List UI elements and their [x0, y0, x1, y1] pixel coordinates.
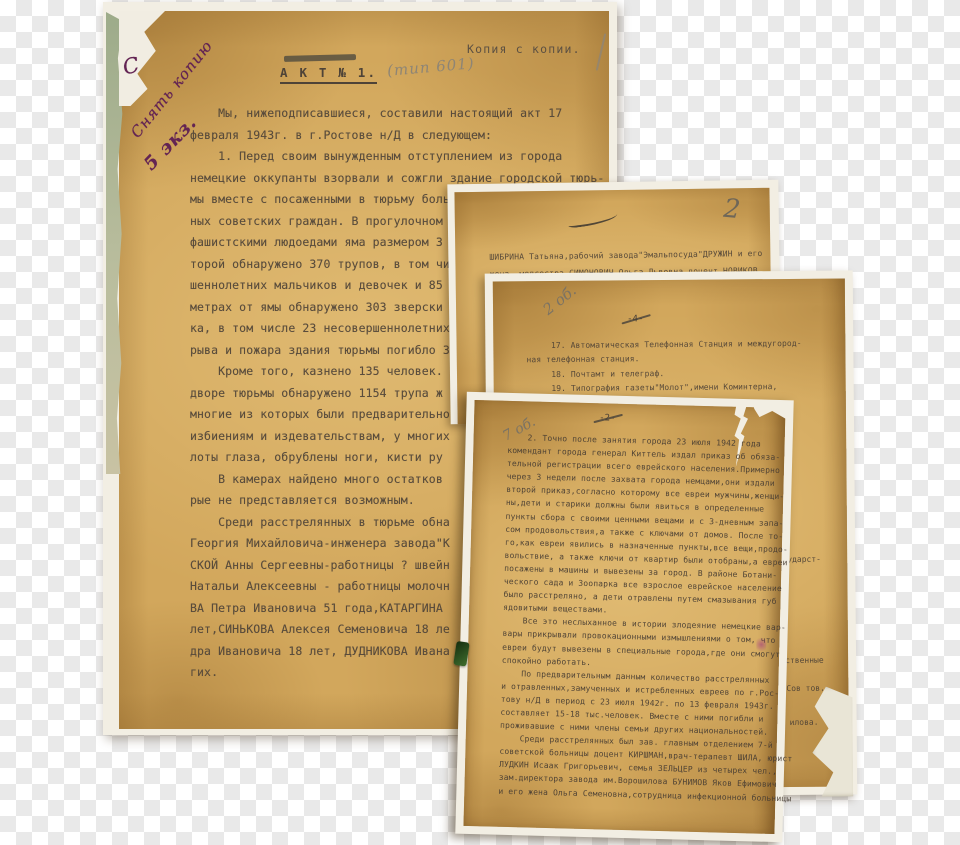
typed-text-block: 17. Автоматическая Телефонная Станция и … — [526, 337, 802, 397]
typed-page-number: -2- — [599, 413, 616, 423]
typed-line: февраля 1943г. в г.Ростове н/Д в следующ… — [190, 125, 604, 147]
typed-fragment: илова. — [790, 718, 819, 727]
ink-smudge — [756, 635, 766, 653]
typed-text-block: 2. Точно после занятия города 23 июля 19… — [498, 431, 801, 805]
document-title: А К Т № 1. — [280, 65, 377, 84]
handwritten-page-number: 2 — [722, 194, 741, 225]
copy-stamp: Копия с копии. — [467, 42, 581, 56]
document-collage: С Снять копию 5 экз. Копия с копии. А К … — [0, 0, 960, 845]
scanned-page-4: 7 об. -2- 2. Точно после занятия города … — [455, 392, 793, 842]
typed-page-number: -4- — [627, 314, 643, 324]
typed-line: 17. Автоматическая Телефонная Станция и … — [526, 337, 801, 354]
typed-line: 1. Перед своим вынужденным отступлением … — [190, 146, 604, 168]
typed-line: Мы, нижеподписавшиеся, составили настоящ… — [190, 103, 604, 125]
